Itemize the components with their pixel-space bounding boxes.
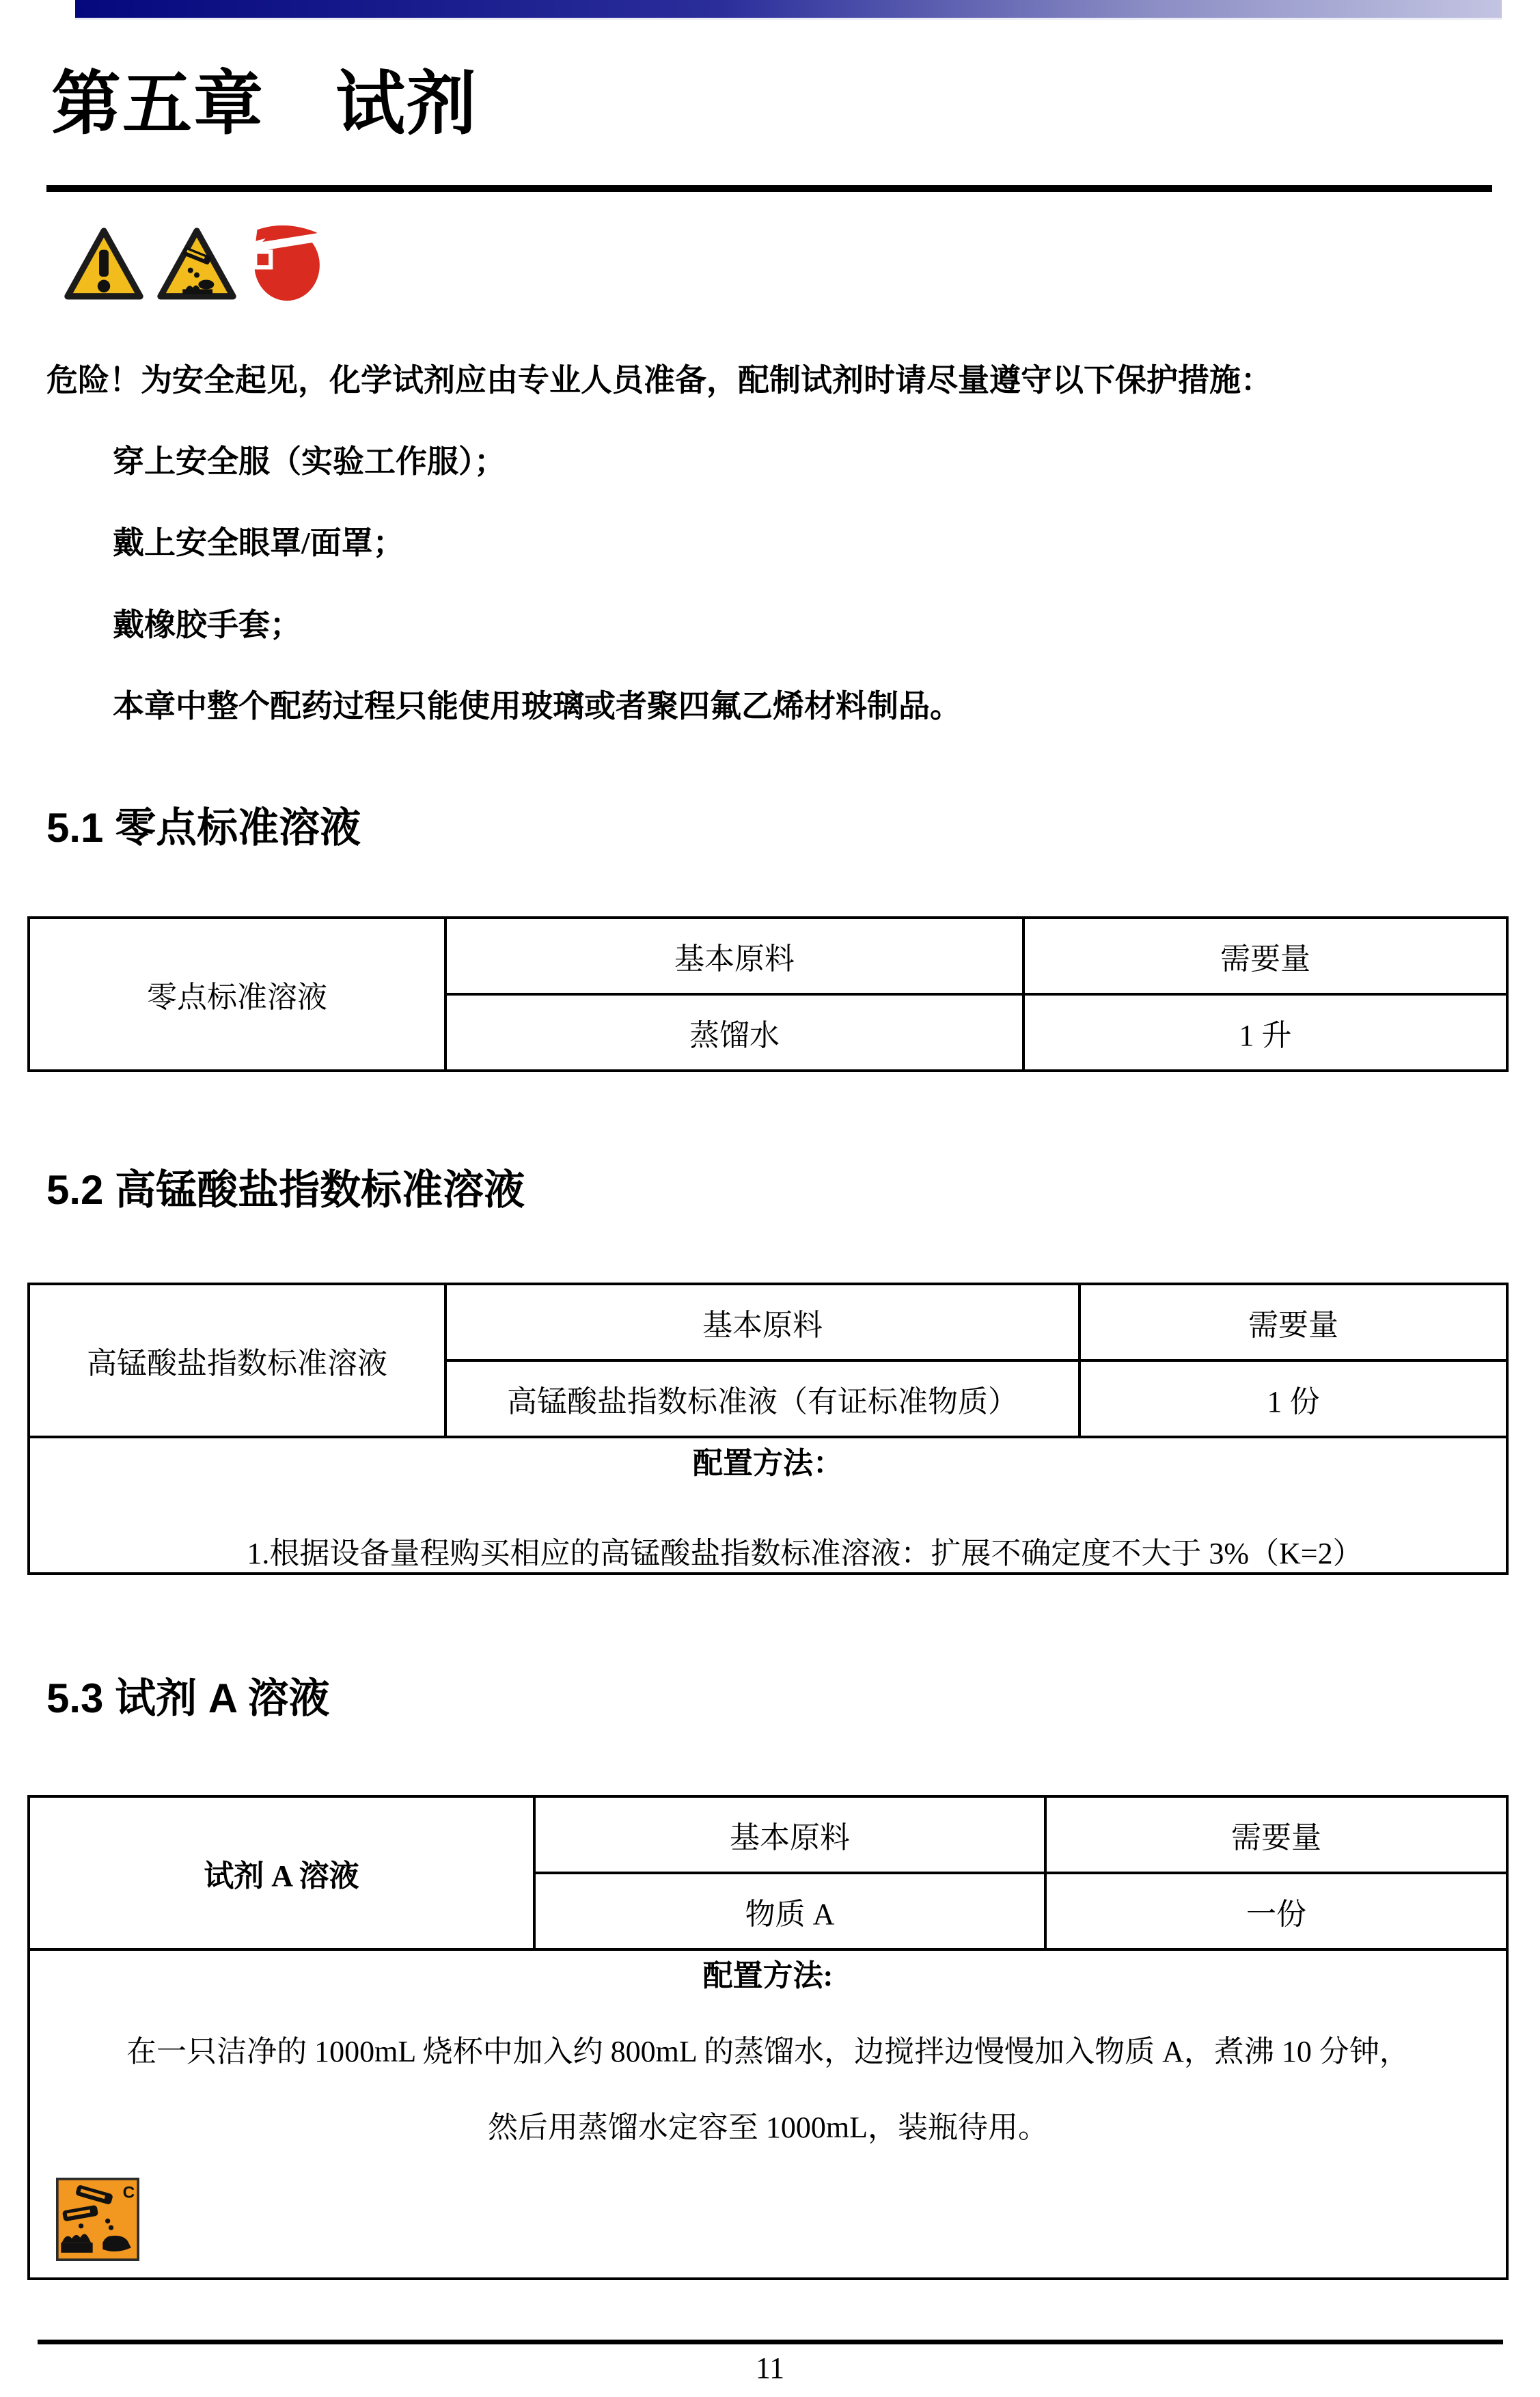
reagent-table-5-3: 试剂 A 溶液 基本原料 需要量 物质 A 一份 配置方法: 在一只洁净的 10… — [27, 1795, 1509, 2280]
table-row-label: 试剂 A 溶液 — [29, 1796, 534, 1949]
material-cell: 高锰酸盐指数标准液（有证标准物质） — [445, 1360, 1080, 1437]
quantity-cell: 一份 — [1045, 1873, 1507, 1949]
reagent-table-5-2: 高锰酸盐指数标准溶液 基本原料 需要量 高锰酸盐指数标准液（有证标准物质） 1 … — [27, 1283, 1509, 1575]
title-divider-rule — [46, 185, 1492, 192]
footer-divider-rule — [38, 2340, 1503, 2344]
reagent-table-5-1: 零点标准溶液 基本原料 需要量 蒸馏水 1 升 — [27, 916, 1509, 1072]
document-page: 第五章 试剂 — [0, 0, 1540, 2280]
precaution-item: 穿上安全服（实验工作服）； — [113, 443, 1492, 480]
table-row: 零点标准溶液 基本原料 需要量 — [29, 918, 1507, 994]
precaution-item: 本章中整个配药过程只能使用玻璃或者聚四氟乙烯材料制品。 — [113, 687, 1492, 725]
table-row: 配置方法： 1.根据设备量程购买相应的高锰酸盐指数标准溶液：扩展不确定度不大于 … — [29, 1437, 1507, 1574]
danger-statement: 危险！为安全起见，化学试剂应由专业人员准备，配制试剂时请尽量遵守以下保护措施： — [46, 361, 1492, 399]
quantity-cell: 1 份 — [1080, 1360, 1507, 1437]
column-header-material: 基本原料 — [445, 918, 1023, 994]
material-cell: 蒸馏水 — [445, 994, 1023, 1071]
table-row: 高锰酸盐指数标准溶液 基本原料 需要量 — [29, 1284, 1507, 1360]
preparation-method-paragraph: 在一只洁净的 1000mL 烧杯中加入约 800mL 的蒸馏水，边搅拌边慢慢加入… — [37, 2033, 1499, 2070]
preparation-method-label: 配置方法： — [37, 1438, 1499, 1482]
preparation-method-step: 1.根据设备量程购买相应的高锰酸盐指数标准溶液：扩展不确定度不大于 3%（K=2… — [111, 1529, 1499, 1572]
column-header-quantity: 需要量 — [1023, 918, 1507, 994]
table-row: 配置方法: 在一只洁净的 1000mL 烧杯中加入约 800mL 的蒸馏水，边搅… — [29, 1949, 1507, 2279]
column-header-material: 基本原料 — [534, 1796, 1045, 1873]
precaution-item: 戴上安全眼罩/面罩； — [113, 524, 1492, 562]
safety-icons-row — [63, 221, 1540, 303]
column-header-quantity: 需要量 — [1080, 1284, 1507, 1360]
svg-text:C: C — [123, 2183, 135, 2202]
table-row-label: 高锰酸盐指数标准溶液 — [29, 1284, 445, 1437]
corrosive-substance-label-icon: C — [56, 2178, 139, 2261]
column-header-material: 基本原料 — [445, 1284, 1080, 1360]
warning-triangle-icon — [63, 226, 145, 303]
section-heading-5-1: 5.1 零点标准溶液 — [46, 806, 1540, 851]
header-gradient-bar — [75, 0, 1502, 20]
preparation-method-label: 配置方法: — [37, 1951, 1499, 1995]
section-heading-5-2: 5.2 高锰酸盐指数标准溶液 — [46, 1168, 1540, 1213]
table-row-label: 零点标准溶液 — [29, 918, 445, 1071]
preparation-method-cell: 配置方法: 在一只洁净的 1000mL 烧杯中加入约 800mL 的蒸馏水，边搅… — [29, 1949, 1507, 2279]
material-cell: 物质 A — [534, 1873, 1045, 1949]
preparation-method-paragraph: 然后用蒸馏水定容至 1000mL，装瓶待用。 — [37, 2109, 1499, 2146]
preparation-method-cell: 配置方法： 1.根据设备量程购买相应的高锰酸盐指数标准溶液：扩展不确定度不大于 … — [29, 1437, 1507, 1574]
table-row: 试剂 A 溶液 基本原料 需要量 — [29, 1796, 1507, 1873]
page-number: 11 — [0, 2351, 1540, 2385]
face-shield-icon — [249, 222, 322, 303]
chapter-title: 第五章 试剂 — [51, 68, 1540, 141]
column-header-quantity: 需要量 — [1045, 1796, 1507, 1873]
corrosive-hazard-triangle-icon — [156, 226, 238, 303]
quantity-cell: 1 升 — [1023, 994, 1507, 1071]
precaution-item: 戴橡胶手套； — [113, 606, 1492, 644]
page-footer: 11 — [0, 2340, 1540, 2397]
section-heading-5-3: 5.3 试剂 A 溶液 — [46, 1676, 1540, 1721]
